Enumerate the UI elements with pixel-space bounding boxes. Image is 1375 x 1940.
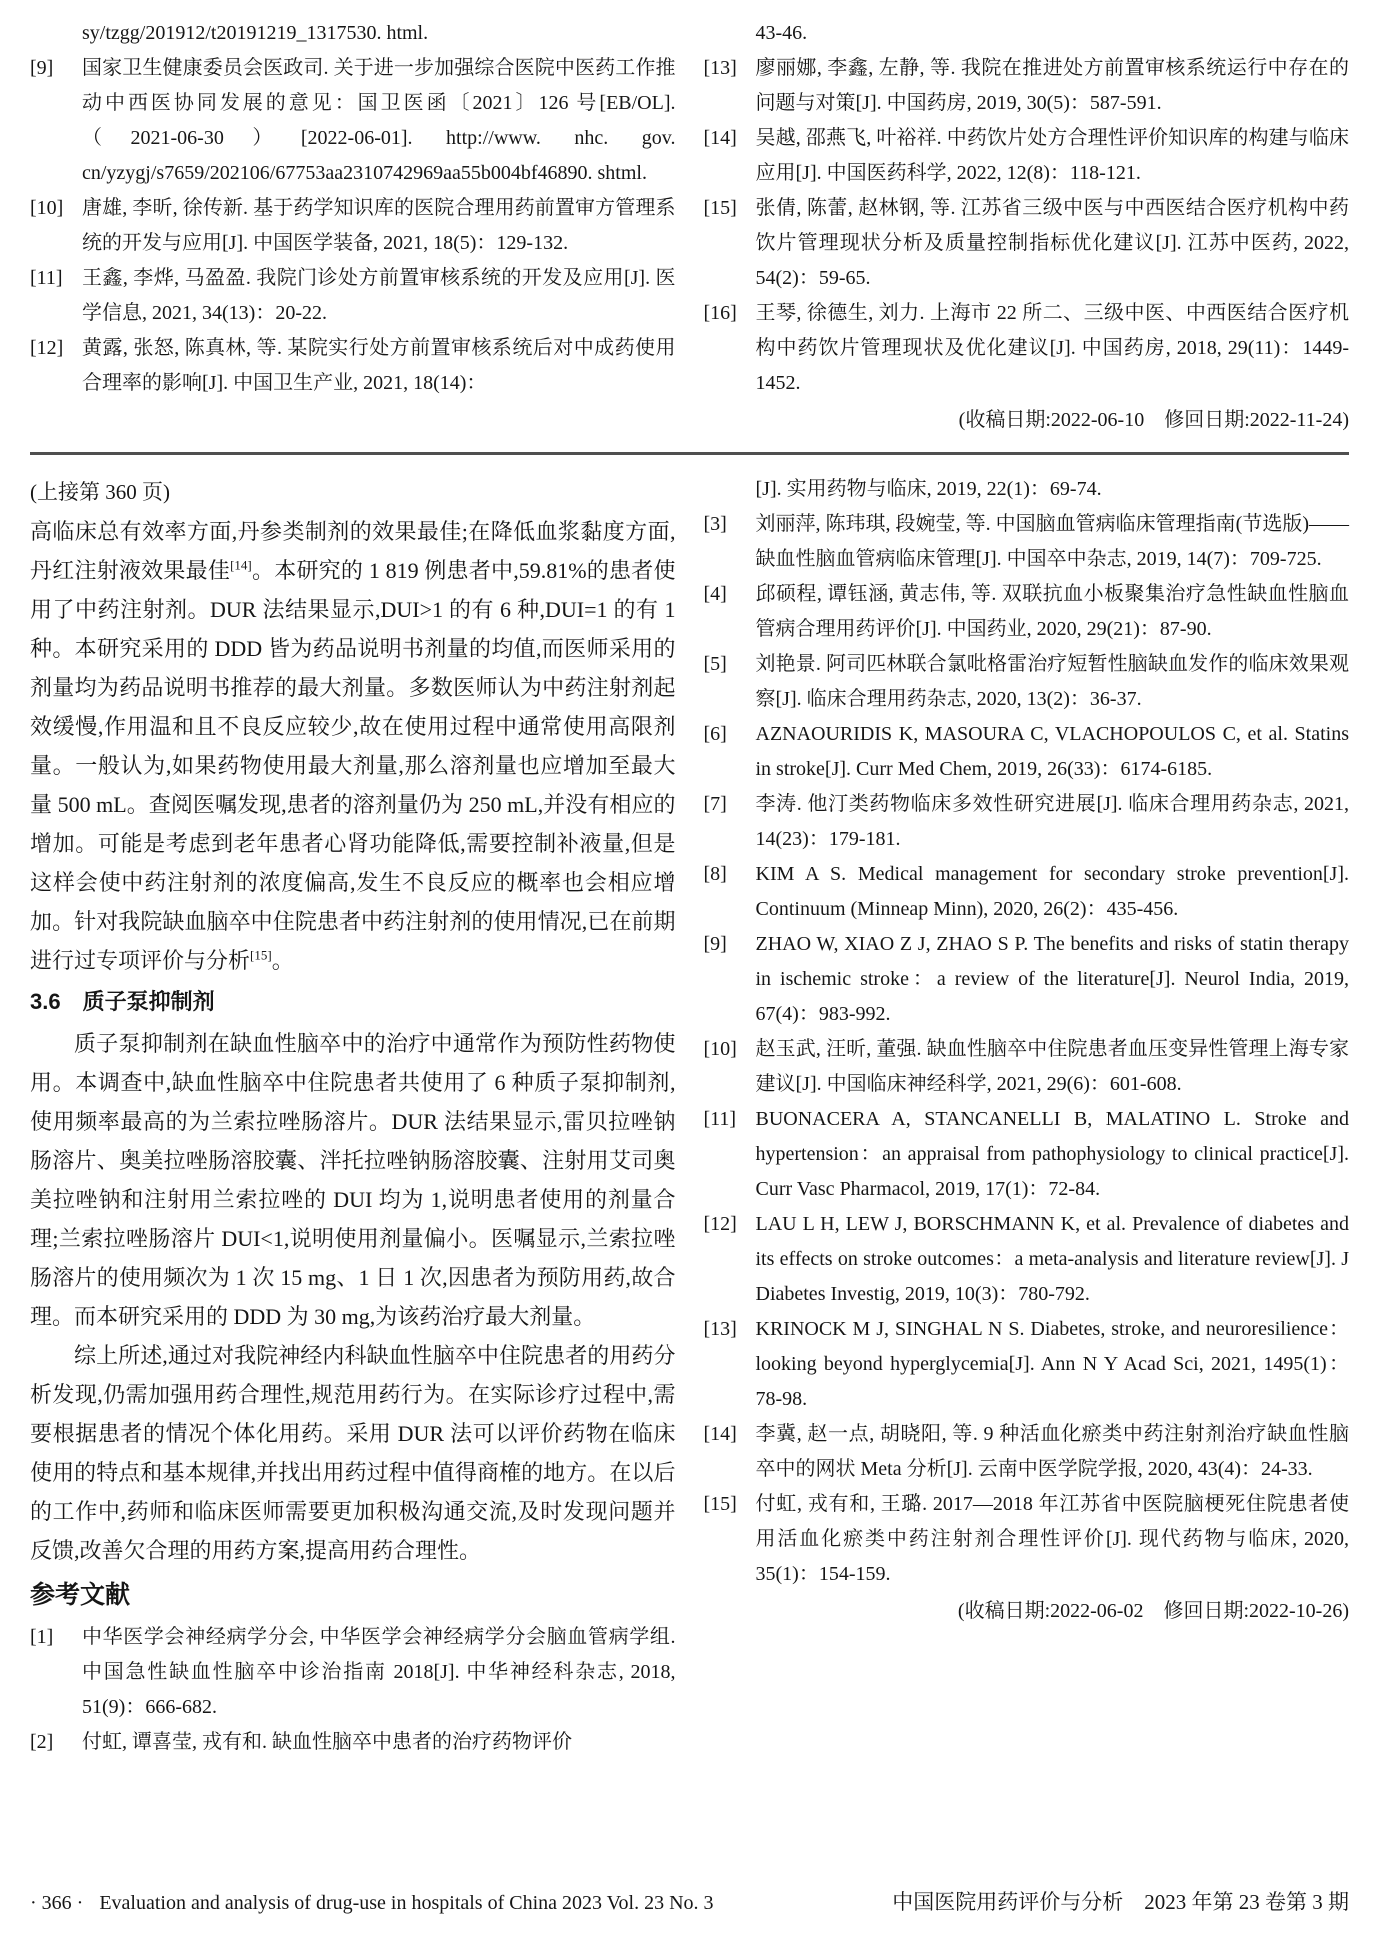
- reference-text: 张倩, 陈蕾, 赵林钢, 等. 江苏省三级中医与中西医结合医疗机构中药饮片管理现…: [756, 197, 1350, 289]
- reference-item: [1]中华医学会神经病学分会, 中华医学会神经病学分会脑血管病学组. 中国急性缺…: [30, 1620, 676, 1725]
- top-right-column: 43-46. [13]廖丽娜, 李鑫, 左静, 等. 我院在推进处方前置审核系统…: [704, 16, 1350, 439]
- body-paragraph-1: 高临床总有效率方面,丹参类制剂的效果最佳;在降低血浆黏度方面,丹红注射液效果最佳…: [30, 512, 676, 980]
- reference-number: [4]: [704, 577, 727, 612]
- reference-item: [5]刘艳景. 阿司匹林联合氯吡格雷治疗短暂性脑缺血发作的临床效果观察[J]. …: [704, 647, 1350, 717]
- reference-text: 唐雄, 李昕, 徐传新. 基于药学知识库的医院合理用药前置审方管理系统的开发与应…: [82, 197, 676, 254]
- reference-number: [11]: [30, 261, 63, 296]
- reference-number: [1]: [30, 1620, 53, 1655]
- section-divider: [30, 452, 1349, 455]
- footer-journal-chinese: 中国医院用药评价与分析 2023 年第 23 卷第 3 期: [892, 1886, 1349, 1916]
- reference-text: KIM A S. Medical management for secondar…: [756, 863, 1350, 920]
- top-left-reference-list: sy/tzgg/201912/t20191219_1317530. html. …: [30, 16, 676, 401]
- reference-number: [7]: [704, 787, 727, 822]
- continued-from-note: (上接第 360 页): [30, 472, 676, 512]
- reference-number: [2]: [30, 1725, 53, 1760]
- footer-left: · 366 · Evaluation and analysis of drug-…: [30, 1892, 714, 1915]
- reference-number: [9]: [30, 51, 53, 86]
- reference-number: [11]: [704, 1102, 737, 1137]
- reference-number: [8]: [704, 857, 727, 892]
- reference-item: [10]唐雄, 李昕, 徐传新. 基于药学知识库的医院合理用药前置审方管理系统的…: [30, 191, 676, 261]
- reference-text: ZHAO W, XIAO Z J, ZHAO S P. The benefits…: [756, 933, 1350, 1025]
- reference-number: [14]: [704, 1417, 737, 1452]
- reference-text: 廖丽娜, 李鑫, 左静, 等. 我院在推进处方前置审核系统运行中存在的问题与对策…: [756, 57, 1350, 114]
- reference-item: [3]刘丽萍, 陈玮琪, 段婉莹, 等. 中国脑血管病临床管理指南(节选版)——…: [704, 507, 1350, 577]
- top-reference-section: sy/tzgg/201912/t20191219_1317530. html. …: [30, 16, 1349, 439]
- reference-text: 付虹, 谭喜莹, 戎有和. 缺血性脑卒中患者的治疗药物评价: [82, 1731, 572, 1753]
- reference-number: [16]: [704, 296, 737, 331]
- reference-text: [J]. 实用药物与临床, 2019, 22(1)：69-74.: [756, 478, 1102, 500]
- received-revised-dates: (收稿日期:2022-06-02 修回日期:2022-10-26): [704, 1592, 1350, 1630]
- reference-number: [6]: [704, 717, 727, 752]
- article-right-column: [J]. 实用药物与临床, 2019, 22(1)：69-74. [3]刘丽萍,…: [704, 472, 1350, 1760]
- reference-text: 刘丽萍, 陈玮琪, 段婉莹, 等. 中国脑血管病临床管理指南(节选版)——缺血性…: [756, 513, 1350, 570]
- reference-item: [6]AZNAOURIDIS K, MASOURA C, VLACHOPOULO…: [704, 717, 1350, 787]
- reference-item: sy/tzgg/201912/t20191219_1317530. html.: [30, 16, 676, 51]
- reference-item: [2]付虹, 谭喜莹, 戎有和. 缺血性脑卒中患者的治疗药物评价: [30, 1725, 676, 1760]
- reference-text: 黄露, 张怒, 陈真林, 等. 某院实行处方前置审核系统后对中成药使用合理率的影…: [82, 337, 676, 394]
- reference-item: [15]张倩, 陈蕾, 赵林钢, 等. 江苏省三级中医与中西医结合医疗机构中药饮…: [704, 191, 1350, 296]
- reference-number: [10]: [30, 191, 63, 226]
- reference-item: [J]. 实用药物与临床, 2019, 22(1)：69-74.: [704, 472, 1350, 507]
- reference-number: [13]: [704, 1312, 737, 1347]
- article-left-reference-list: [1]中华医学会神经病学分会, 中华医学会神经病学分会脑血管病学组. 中国急性缺…: [30, 1620, 676, 1760]
- section-heading-3-6: 3.6 质子泵抑制剂: [30, 980, 676, 1024]
- reference-text: BUONACERA A, STANCANELLI B, MALATINO L. …: [756, 1108, 1350, 1200]
- reference-text: 国家卫生健康委员会医政司. 关于进一步加强综合医院中医药工作推动中西医协同发展的…: [82, 57, 676, 184]
- reference-item: [15]付虹, 戎有和, 王璐. 2017—2018 年江苏省中医院脑梗死住院患…: [704, 1487, 1350, 1592]
- reference-text: 刘艳景. 阿司匹林联合氯吡格雷治疗短暂性脑缺血发作的临床效果观察[J]. 临床合…: [756, 653, 1350, 710]
- reference-item: [14]吴越, 邵燕飞, 叶裕祥. 中药饮片处方合理性评价知识库的构建与临床应用…: [704, 121, 1350, 191]
- references-heading: 参考文献: [30, 1570, 676, 1620]
- article-section: (上接第 360 页) 高临床总有效率方面,丹参类制剂的效果最佳;在降低血浆黏度…: [30, 472, 1349, 1760]
- reference-text: 李涛. 他汀类药物临床多效性研究进展[J]. 临床合理用药杂志, 2021, 1…: [756, 793, 1350, 850]
- reference-item: [8]KIM A S. Medical management for secon…: [704, 857, 1350, 927]
- body-paragraph-2: 质子泵抑制剂在缺血性脑卒中的治疗中通常作为预防性药物使用。本调查中,缺血性脑卒中…: [30, 1024, 676, 1336]
- reference-text: 43-46.: [756, 22, 808, 44]
- reference-item: [11]BUONACERA A, STANCANELLI B, MALATINO…: [704, 1102, 1350, 1207]
- footer-journal-english: Evaluation and analysis of drug-use in h…: [99, 1892, 713, 1915]
- reference-number: [12]: [704, 1207, 737, 1242]
- reference-text: 李冀, 赵一点, 胡晓阳, 等. 9 种活血化瘀类中药注射剂治疗缺血性脑卒中的网…: [756, 1423, 1350, 1480]
- reference-item: [10]赵玉武, 汪昕, 董强. 缺血性脑卒中住院患者血压变异性管理上海专家建议…: [704, 1032, 1350, 1102]
- reference-item: [14]李冀, 赵一点, 胡晓阳, 等. 9 种活血化瘀类中药注射剂治疗缺血性脑…: [704, 1417, 1350, 1487]
- reference-item: [4]邱硕程, 谭钰涵, 黄志伟, 等. 双联抗血小板聚集治疗急性缺血性脑血管病…: [704, 577, 1350, 647]
- reference-text: 付虹, 戎有和, 王璐. 2017—2018 年江苏省中医院脑梗死住院患者使用活…: [756, 1493, 1350, 1585]
- reference-text: 王琴, 徐德生, 刘力. 上海市 22 所二、三级中医、中西医结合医疗机构中药饮…: [756, 302, 1350, 394]
- page-footer: · 366 · Evaluation and analysis of drug-…: [30, 1886, 1349, 1916]
- reference-text: 王鑫, 李烨, 马盈盈. 我院门诊处方前置审核系统的开发及应用[J]. 医学信息…: [82, 267, 676, 324]
- reference-item: [13]廖丽娜, 李鑫, 左静, 等. 我院在推进处方前置审核系统运行中存在的问…: [704, 51, 1350, 121]
- reference-item: [9]国家卫生健康委员会医政司. 关于进一步加强综合医院中医药工作推动中西医协同…: [30, 51, 676, 191]
- reference-number: [12]: [30, 331, 63, 366]
- reference-item: [11]王鑫, 李烨, 马盈盈. 我院门诊处方前置审核系统的开发及应用[J]. …: [30, 261, 676, 331]
- top-right-reference-list: 43-46. [13]廖丽娜, 李鑫, 左静, 等. 我院在推进处方前置审核系统…: [704, 16, 1350, 401]
- reference-number: [3]: [704, 507, 727, 542]
- reference-text: AZNAOURIDIS K, MASOURA C, VLACHOPOULOS C…: [756, 723, 1350, 780]
- reference-item: [16]王琴, 徐德生, 刘力. 上海市 22 所二、三级中医、中西医结合医疗机…: [704, 296, 1350, 401]
- reference-number: [15]: [704, 1487, 737, 1522]
- reference-item: 43-46.: [704, 16, 1350, 51]
- reference-text: sy/tzgg/201912/t20191219_1317530. html.: [82, 22, 428, 44]
- body-paragraph-3: 综上所述,通过对我院神经内科缺血性脑卒中住院患者的用药分析发现,仍需加强用药合理…: [30, 1336, 676, 1570]
- reference-number: [10]: [704, 1032, 737, 1067]
- reference-item: [7]李涛. 他汀类药物临床多效性研究进展[J]. 临床合理用药杂志, 2021…: [704, 787, 1350, 857]
- reference-number: [13]: [704, 51, 737, 86]
- page-number: · 366 ·: [30, 1892, 83, 1915]
- article-left-column: (上接第 360 页) 高临床总有效率方面,丹参类制剂的效果最佳;在降低血浆黏度…: [30, 472, 676, 1760]
- reference-number: [5]: [704, 647, 727, 682]
- received-revised-dates: (收稿日期:2022-06-10 修回日期:2022-11-24): [704, 401, 1350, 439]
- top-left-column: sy/tzgg/201912/t20191219_1317530. html. …: [30, 16, 676, 439]
- reference-number: [14]: [704, 121, 737, 156]
- reference-text: 中华医学会神经病学分会, 中华医学会神经病学分会脑血管病学组. 中国急性缺血性脑…: [82, 1626, 676, 1718]
- reference-number: [9]: [704, 927, 727, 962]
- reference-text: 吴越, 邵燕飞, 叶裕祥. 中药饮片处方合理性评价知识库的构建与临床应用[J].…: [756, 127, 1350, 184]
- reference-item: [13]KRINOCK M J, SINGHAL N S. Diabetes, …: [704, 1312, 1350, 1417]
- reference-text: 邱硕程, 谭钰涵, 黄志伟, 等. 双联抗血小板聚集治疗急性缺血性脑血管病合理用…: [756, 583, 1350, 640]
- reference-text: 赵玉武, 汪昕, 董强. 缺血性脑卒中住院患者血压变异性管理上海专家建议[J].…: [756, 1038, 1350, 1095]
- reference-item: [12]黄露, 张怒, 陈真林, 等. 某院实行处方前置审核系统后对中成药使用合…: [30, 331, 676, 401]
- reference-text: LAU L H, LEW J, BORSCHMANN K, et al. Pre…: [756, 1213, 1350, 1305]
- reference-number: [15]: [704, 191, 737, 226]
- reference-item: [12]LAU L H, LEW J, BORSCHMANN K, et al.…: [704, 1207, 1350, 1312]
- reference-text: KRINOCK M J, SINGHAL N S. Diabetes, stro…: [756, 1318, 1350, 1410]
- journal-page: sy/tzgg/201912/t20191219_1317530. html. …: [0, 0, 1375, 1940]
- reference-item: [9]ZHAO W, XIAO Z J, ZHAO S P. The benef…: [704, 927, 1350, 1032]
- article-right-reference-list: [J]. 实用药物与临床, 2019, 22(1)：69-74. [3]刘丽萍,…: [704, 472, 1350, 1592]
